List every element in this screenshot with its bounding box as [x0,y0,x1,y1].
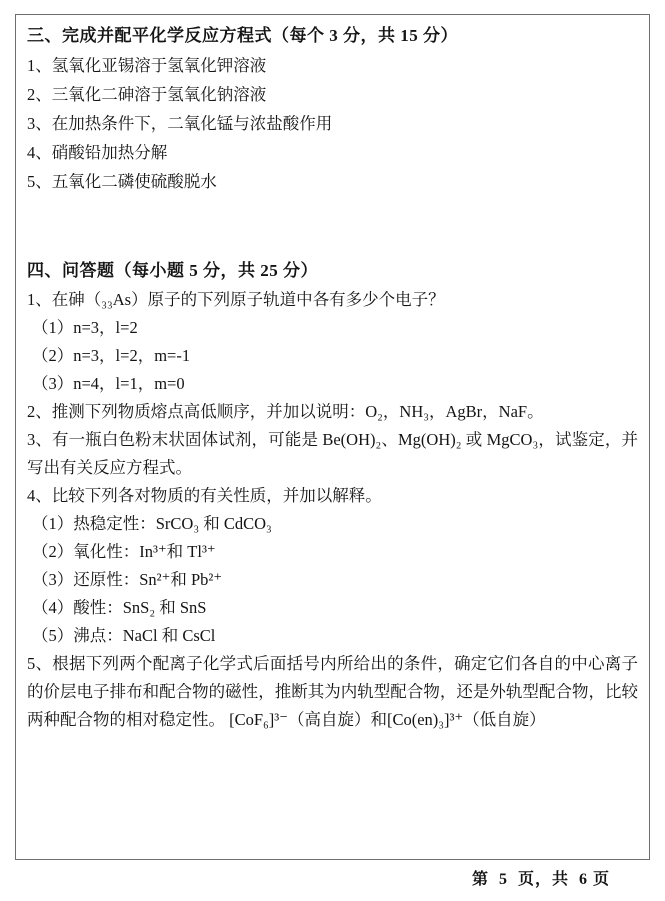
section-3-heading: 三、完成并配平化学反应方程式（每个 3 分，共 15 分） [27,21,638,51]
exam-page: 三、完成并配平化学反应方程式（每个 3 分，共 15 分） 1、氢氧化亚锡溶于氢… [0,0,665,901]
question-subitem: （1）n=3，l=2 [27,314,638,342]
exam-content-frame: 三、完成并配平化学反应方程式（每个 3 分，共 15 分） 1、氢氧化亚锡溶于氢… [15,14,650,860]
section-short-answer: 四、问答题（每小题 5 分，共 25 分） 1、在砷（₃₃As）原子的下列原子轨… [27,256,638,734]
question-subitem: （1）热稳定性：SrCO₃ 和 CdCO₃ [27,510,638,538]
question-item: 3、在加热条件下，二氧化锰与浓盐酸作用 [27,109,638,138]
question-item: 2、三氧化二砷溶于氢氧化钠溶液 [27,80,638,109]
question-item: 5、五氧化二磷使硫酸脱水 [27,167,638,196]
section-balancing-equations: 三、完成并配平化学反应方程式（每个 3 分，共 15 分） 1、氢氧化亚锡溶于氢… [27,21,638,196]
section-4-heading: 四、问答题（每小题 5 分，共 25 分） [27,256,638,286]
question-item: 2、推测下列物质熔点高低顺序，并加以说明：O₂，NH₃，AgBr，NaF。 [27,398,638,426]
page-number-footer: 第 5 页，共 6 页 [472,866,610,889]
question-item: 4、比较下列各对物质的有关性质，并加以解释。 [27,482,638,510]
question-subitem: （3）还原性：Sn²⁺和 Pb²⁺ [27,566,638,594]
question-subitem: （2）氧化性：In³⁺和 Tl³⁺ [27,538,638,566]
section-divider-space [27,196,638,256]
question-subitem: （3）n=4，l=1，m=0 [27,370,638,398]
question-item: 4、硝酸铅加热分解 [27,138,638,167]
question-item: 5、根据下列两个配离子化学式后面括号内所给出的条件，确定它们各自的中心离子的价层… [27,650,638,734]
question-subitem: （5）沸点：NaCl 和 CsCl [27,622,638,650]
question-item: 3、有一瓶白色粉末状固体试剂，可能是 Be(OH)₂、Mg(OH)₂ 或 MgC… [27,426,638,482]
question-item: 1、氢氧化亚锡溶于氢氧化钾溶液 [27,51,638,80]
question-item: 1、在砷（₃₃As）原子的下列原子轨道中各有多少个电子？ [27,286,638,314]
question-subitem: （4）酸性：SnS₂ 和 SnS [27,594,638,622]
question-subitem: （2）n=3，l=2，m=-1 [27,342,638,370]
